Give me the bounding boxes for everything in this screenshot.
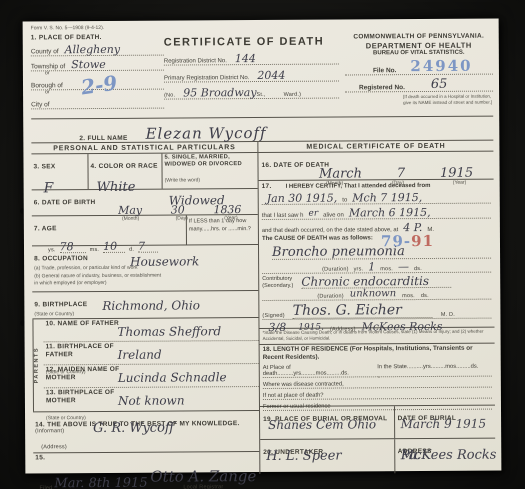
contributory-duration: unknown <box>350 289 396 299</box>
certify-text: I HEREBY CERTIFY, That I attended deceas… <box>286 183 431 190</box>
mother-birthplace-value: Not known <box>118 394 185 406</box>
death-occurred-label: and that death occurred, on the date sta… <box>262 227 398 234</box>
informant-signature: G. R. Wycoff <box>93 422 174 435</box>
file-no-label: File No. <box>373 67 397 74</box>
street-no-label: (No. <box>164 93 175 99</box>
dob-day: 30 <box>171 204 185 215</box>
county-value: Allegheny <box>65 44 121 55</box>
mother-maiden-value: Lucinda Schnadle <box>118 371 227 384</box>
stamp-red-part: 91 <box>411 232 434 250</box>
filed-date: Mar. 8th 1915 <box>54 477 124 489</box>
commonwealth-block: COMMONWEALTH OF PENNSYLVANIA. DEPARTMENT… <box>339 31 494 117</box>
county-label: County of <box>31 48 59 55</box>
marital-sub: (Write the word) <box>165 177 201 183</box>
file-no-stamp: 24940 <box>410 59 472 74</box>
hospital-note: [If death occurred in a Hospital or Inst… <box>403 94 493 105</box>
registered-no-label: Registered No. <box>359 84 405 91</box>
informant-address-sub: (Address) <box>41 444 67 450</box>
medical-certificate-column: MEDICAL CERTIFICATE OF DEATH 16. DATE OF… <box>257 141 495 474</box>
physician-signature: Thos. G. Eicher <box>293 303 433 319</box>
in-state-line: In the State..........yrs.........mos...… <box>377 364 492 378</box>
dob-month: May <box>118 205 142 216</box>
registration-district-label: Registration District No. <box>164 58 227 64</box>
cause-label: The CAUSE OF DEATH was as follows: <box>262 235 373 242</box>
residence-title: 18. LENGTH OF RESIDENCE (For Hospitals, … <box>263 344 492 362</box>
primary-registration-value: 2044 <box>257 70 285 81</box>
title-block: CERTIFICATE OF DEATH Registration Distri… <box>164 32 340 118</box>
informant-sub: (Informant) <box>35 428 64 434</box>
signed-date: 3/8 <box>268 322 286 333</box>
personal-particulars-column: PERSONAL AND STATISTICAL PARTICULARS 3. … <box>31 142 259 475</box>
street-suffix: St., <box>257 92 266 98</box>
signed-label: (Signed) <box>262 313 284 319</box>
dur-ds-label: ds. <box>414 266 422 272</box>
day-sub: (Day) <box>176 215 188 221</box>
md-label: M. D. <box>441 312 455 318</box>
cause-duration-days: — <box>398 261 409 272</box>
attended-from-date: Jan 30 1915, <box>267 193 338 204</box>
certificate-title: CERTIFICATE OF DEATH <box>164 36 339 49</box>
cause-duration-months: 1 <box>368 261 375 272</box>
occupation-value: Housework <box>130 255 199 267</box>
to-label: to <box>342 197 347 203</box>
contributory-value: Chronic endocarditis <box>301 275 451 289</box>
parents-label: PARENTS <box>32 319 44 411</box>
occupation-label: 8. OCCUPATION <box>34 255 88 262</box>
street-value: 95 Broadway <box>183 87 256 98</box>
signed-year: 1915. <box>298 324 324 333</box>
at-place-line: At Place of death..........yrs.........m… <box>263 364 378 378</box>
ward-label: Ward.) <box>284 92 302 98</box>
father-name-value: Thomas Shefford <box>117 325 221 338</box>
undertaker-address-state: Pa. <box>401 448 490 462</box>
year-sub: (Year) <box>224 215 237 221</box>
attended-to-date: Mch 7 1915, <box>352 192 422 203</box>
birthplace-label: 9. BIRTHPLACE <box>34 301 87 308</box>
township-value: Stowe <box>71 59 106 70</box>
filed-label: Filed <box>39 485 52 489</box>
scan-background: Form V. S. No. 5—1908 (9-4-12). 2-9 1. P… <box>0 0 525 489</box>
month-sub: (Month) <box>122 216 139 222</box>
dob-year: 1836 <box>213 204 241 215</box>
full-name-row: 2. FULL NAME Elezan Wycoff <box>31 117 493 144</box>
place-of-death-label: 1. PLACE OF DEATH. <box>31 34 164 42</box>
last-alive-date: March 6 1915, <box>349 207 431 218</box>
death-certificate: Form V. S. No. 5—1908 (9-4-12). 2-9 1. P… <box>23 19 502 474</box>
address-label: (Address) <box>330 327 356 333</box>
stamp-79-91: 79-91 <box>381 232 434 250</box>
marital-label: 5. SINGLE, MARRIED, WIDOWED OR DIVORCED <box>164 154 255 168</box>
item-17: 17. <box>262 183 272 190</box>
duration-label: (Duration) <box>322 266 348 272</box>
full-name-label: 2. FULL NAME <box>79 135 127 142</box>
where-contracted-line: Where was disease contracted, <box>263 381 492 389</box>
primary-registration-label: Primary Registration District No. <box>164 75 249 82</box>
if-not-line: If not at place of death? <box>263 392 492 400</box>
department-line: DEPARTMENT OF HEALTH <box>345 41 493 51</box>
undertaker-signature: H. L. Speer <box>266 449 341 462</box>
dur-yrs-label: yrs. <box>354 266 364 272</box>
registrar-signature: Otto A. Zange <box>150 467 256 486</box>
stamp-blue-part: 79- <box>381 232 411 250</box>
pencil-annotation: 2-9 <box>80 72 119 97</box>
physician-address: McKees Rocks <box>362 321 443 332</box>
registered-no-value: 65 <box>431 78 448 91</box>
bureau-line: BUREAU OF VITAL STATISTICS. <box>345 50 493 57</box>
occupation-sub-b: (b) General nature of industry, business… <box>34 272 162 288</box>
last-saw-hand: er <box>308 210 318 219</box>
secondary-label: (Secondary.) <box>262 282 293 288</box>
father-birthplace-value: Ireland <box>118 349 162 361</box>
duration2-label: (Duration) <box>317 294 343 300</box>
dod-day: 7 <box>397 167 405 180</box>
city-label: City of <box>31 101 49 108</box>
burial-place-value: Shanes Cem Ohio <box>268 418 376 431</box>
dob-label: 6. DATE OF BIRTH <box>34 199 96 206</box>
last-saw-prefix: that I last saw h <box>262 213 304 219</box>
alive-label: alive on <box>323 212 344 218</box>
full-name-value: Elezan Wycoff <box>146 126 267 142</box>
dur2-ds-label: ds. <box>421 293 429 299</box>
dod-year: 1915 <box>440 167 473 180</box>
burial-date-value: March 9 1915 <box>401 417 487 430</box>
registration-district-value: 144 <box>235 53 256 64</box>
contributory-label: Contributory <box>262 276 292 282</box>
birthplace-value: Richmond, Ohio <box>102 299 200 312</box>
age-label: 7. AGE <box>34 225 57 232</box>
item-15: 15. <box>35 454 45 461</box>
dod-month: March <box>319 167 362 180</box>
color-race-label: 4. COLOR OR RACE <box>90 163 157 170</box>
dur-mos-label: mos. <box>380 266 393 272</box>
dur2-mos-label: mos. <box>402 293 415 299</box>
sex-label: 3. SEX <box>33 163 55 170</box>
